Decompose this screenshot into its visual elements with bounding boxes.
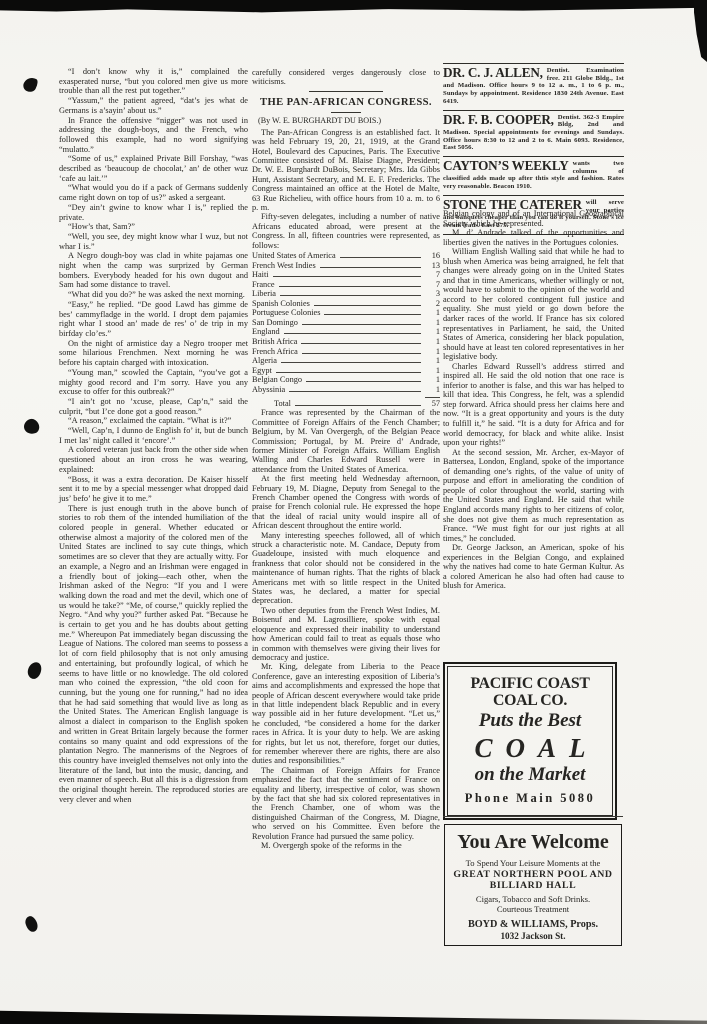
pool-hall-name-line2: BILLIARD HALL <box>445 880 621 892</box>
dotted-leader <box>295 405 421 406</box>
paragraph: “I don’t know why it is,” complained the… <box>59 67 248 96</box>
delegate-row: French Africa1 <box>252 347 440 357</box>
paragraph: William English Walling said that while … <box>443 247 624 362</box>
ink-blob <box>23 915 39 934</box>
delegate-row: British Africa1 <box>252 337 440 347</box>
paragraph: “Dey ain’t gwine to know whar I is,” rep… <box>59 203 248 222</box>
delegate-country: Spanish Colonies <box>252 299 310 309</box>
paragraph: At the second session, Mr. Archer, ex-Ma… <box>443 448 624 543</box>
pool-hall-proprietors: BOYD & WILLIAMS, Props. <box>445 919 621 931</box>
scan-artifact-top-bar <box>0 0 707 13</box>
classified-ad: DR. F. B. COOPER, Dentist. 362-3 Empire … <box>443 111 624 158</box>
ink-blob <box>26 661 42 680</box>
dotted-leader <box>289 391 421 392</box>
delegate-count: 16 <box>425 251 440 261</box>
dotted-leader <box>314 305 421 306</box>
delegate-country: Liberia <box>252 289 276 299</box>
delegate-country: Portuguese Colonies <box>252 308 320 318</box>
delegate-row: England1 <box>252 327 440 337</box>
delegate-row: Liberia3 <box>252 289 440 299</box>
delegate-country: San Domingo <box>252 318 298 328</box>
paragraph: Belgian colony and of an International G… <box>443 209 624 228</box>
delegate-country: Haiti <box>252 270 269 280</box>
classified-ad-name: CAYTON’S WEEKLY <box>443 160 569 173</box>
pool-hall-offer-line1: Cigars, Tobacco and Soft Drinks. <box>445 894 621 905</box>
pacific-coast-coal-ad: PACIFIC COAST COAL CO. Puts the Best COA… <box>443 662 617 820</box>
delegate-count: 2 <box>425 299 440 309</box>
paragraph: Many interesting speeches followed, all … <box>252 531 440 606</box>
classified-ad-name: DR. C. J. ALLEN, <box>443 67 543 80</box>
classified-ad-name: DR. F. B. COOPER, <box>443 114 554 127</box>
classified-ad: CAYTON’S WEEKLY wants two columns of cla… <box>443 157 624 196</box>
delegate-row: France7 <box>252 280 440 290</box>
pool-hall-ad: You Are Welcome To Spend Your Leisure Mo… <box>444 824 622 946</box>
delegate-row: United States of America16 <box>252 251 440 261</box>
middle-column-paragraphs: France was represented by the Chairman o… <box>252 408 440 850</box>
delegate-count: 1 <box>425 337 440 347</box>
paragraph: In France the offensive “nigger” was not… <box>59 116 248 155</box>
coal-ad-inner-border: PACIFIC COAST COAL CO. Puts the Best COA… <box>447 666 613 816</box>
delegate-country: England <box>252 327 280 337</box>
delegate-row: Portuguese Colonies1 <box>252 308 440 318</box>
paragraph: M. Overgergh spoke of the reforms in the <box>252 841 440 850</box>
scan-artifact-bottom-band <box>0 1005 707 1024</box>
delegate-country: French West Indies <box>252 261 316 271</box>
dotted-leader <box>284 333 421 334</box>
delegate-row: Abyssinia1 <box>252 385 440 395</box>
delegate-row: French West Indies13 <box>252 261 440 271</box>
paragraph: A Negro dough-boy was clad in white paja… <box>59 251 248 290</box>
ink-blob <box>21 75 40 94</box>
paragraph: M. d’ Andrade talked of the opportunitie… <box>443 228 624 247</box>
delegate-count: 1 <box>425 318 440 328</box>
scan-artifact-right-strip <box>694 0 707 62</box>
delegate-row: Algeria1 <box>252 356 440 366</box>
delegate-table: United States of America16 French West I… <box>252 251 440 394</box>
delegate-count: 1 <box>425 347 440 357</box>
dotted-leader <box>324 314 421 315</box>
dotted-leader <box>276 372 421 373</box>
paragraph: A colored veteran just back from the oth… <box>59 445 248 474</box>
paragraph: “Young man,” scowled the Captain, “you’v… <box>59 368 248 397</box>
delegate-count: 1 <box>425 366 440 376</box>
delegate-count: 7 <box>425 270 440 280</box>
dotted-leader <box>273 276 421 277</box>
dotted-leader <box>280 295 421 296</box>
paragraph: Two other deputies from the French West … <box>252 606 440 662</box>
coal-tagline-top: Puts the Best <box>450 709 610 733</box>
paragraph: “Boss, it was a extra decoration. De Kai… <box>59 475 248 504</box>
delegate-count: 1 <box>425 327 440 337</box>
paragraph: “What would you do if a pack of Germans … <box>59 183 248 202</box>
paragraph: Charles Edward Russell’s address stirred… <box>443 362 624 448</box>
paragraph: At the first meeting held Wednesday afte… <box>252 474 440 530</box>
dotted-leader <box>320 267 421 268</box>
cutoff-rule <box>309 91 383 92</box>
ads-divider-rule <box>443 816 623 817</box>
coal-product-word: COAL <box>450 733 610 763</box>
dotted-leader <box>302 324 421 325</box>
delegate-row: Belgian Congo1 <box>252 375 440 385</box>
headline-rule <box>331 112 361 113</box>
delegate-count: 1 <box>425 375 440 385</box>
dotted-leader <box>302 353 421 354</box>
byline: (By W. E. BURGHARDT DU BOIS.) <box>252 116 440 126</box>
delegate-country: France <box>252 280 275 290</box>
paragraph: “Well, Cap’n, I dunno de English fo’ it,… <box>59 426 248 445</box>
column-middle: carefully considered verges dangerously … <box>252 68 440 850</box>
delegate-country: United States of America <box>252 251 336 261</box>
left-column-paragraphs: “I don’t know why it is,” complained the… <box>59 67 248 804</box>
delegate-row: Egypt1 <box>252 366 440 376</box>
delegate-row: Haiti7 <box>252 270 440 280</box>
delegate-country: Abyssinia <box>252 385 285 395</box>
delegate-country: Algeria <box>252 356 277 366</box>
article-title: THE PAN-AFRICAN CONGRESS. <box>252 97 440 109</box>
delegate-country: French Africa <box>252 347 298 357</box>
dotted-leader <box>306 381 421 382</box>
paragraph: The Pan-African Congress is an establish… <box>252 128 440 213</box>
paragraph: Mr. King, delegate from Liberia to the P… <box>252 662 440 765</box>
intro-paragraphs: The Pan-African Congress is an establish… <box>252 128 440 250</box>
dotted-leader <box>279 286 421 287</box>
paragraph: “What did you do?” he was asked the next… <box>59 290 248 300</box>
paragraph: There is just enough truth in the above … <box>59 504 248 805</box>
delegate-count: 1 <box>425 385 440 395</box>
classified-ad: DR. C. J. ALLEN, Dentist. Examination fr… <box>443 64 624 111</box>
paragraph: “Some of us,” explained Private Bill For… <box>59 154 248 183</box>
ink-blob <box>22 417 41 436</box>
paragraph: “Yassum,” the patient agreed, “dat’s jes… <box>59 96 248 115</box>
dotted-leader <box>340 257 421 258</box>
delegate-count: 13 <box>425 261 440 271</box>
paragraph: “How’s that, Sam?” <box>59 222 248 232</box>
delegate-count: 7 <box>425 280 440 290</box>
paragraph: “I ain’t got no ’xcuse, please, Cap’n,” … <box>59 397 248 416</box>
pool-hall-address: 1032 Jackson St. <box>445 931 621 942</box>
coal-tagline-bottom: on the Market <box>450 763 610 787</box>
total-count: 57 <box>425 397 440 408</box>
pool-hall-ad-title: You Are Welcome <box>445 831 621 853</box>
paragraph: Dr. George Jackson, an American, spoke o… <box>443 543 624 591</box>
coal-phone-number: Phone Main 5080 <box>450 791 610 806</box>
paragraph: The Chairman of Foreign Affairs for Fran… <box>252 766 440 841</box>
paragraph: On the night of armistice day a Negro tr… <box>59 339 248 368</box>
delegate-country: Egypt <box>252 366 272 376</box>
delegate-row: Spanish Colonies2 <box>252 299 440 309</box>
delegate-count: 1 <box>425 308 440 318</box>
delegate-count: 3 <box>425 289 440 299</box>
delegate-country: British Africa <box>252 337 297 347</box>
paragraph: “A reason,” exclaimed the captain. “What… <box>59 416 248 426</box>
dotted-leader <box>301 343 421 344</box>
newspaper-page: “I don’t know why it is,” complained the… <box>0 0 707 1024</box>
delegate-total-row: Total57 <box>252 397 440 408</box>
column-left: “I don’t know why it is,” complained the… <box>59 67 248 804</box>
delegate-country: Belgian Congo <box>252 375 302 385</box>
paragraph: France was represented by the Chairman o… <box>252 408 440 474</box>
delegate-row: San Domingo1 <box>252 318 440 328</box>
dotted-leader <box>281 362 421 363</box>
paragraph: “Easy,” he replied. “De good Lawd has gi… <box>59 300 248 339</box>
column-right-article: Belgian colony and of an International G… <box>443 209 624 591</box>
delegate-count: 1 <box>425 356 440 366</box>
coal-company-name: PACIFIC COAST COAL CO. <box>450 675 610 709</box>
pool-hall-ad-subtitle: To Spend Your Leisure Moments at the <box>445 858 621 869</box>
paragraph: Fifty-seven delegates, including a numbe… <box>252 212 440 250</box>
pool-hall-name-line1: GREAT NORTHERN POOL AND <box>445 869 621 881</box>
pool-hall-offer-line2: Courteous Treatment <box>445 904 621 915</box>
paragraph: “Well, you see, dey might know whar I wu… <box>59 232 248 251</box>
continuation-paragraph: carefully considered verges dangerously … <box>252 68 440 87</box>
total-label: Total <box>252 399 291 409</box>
